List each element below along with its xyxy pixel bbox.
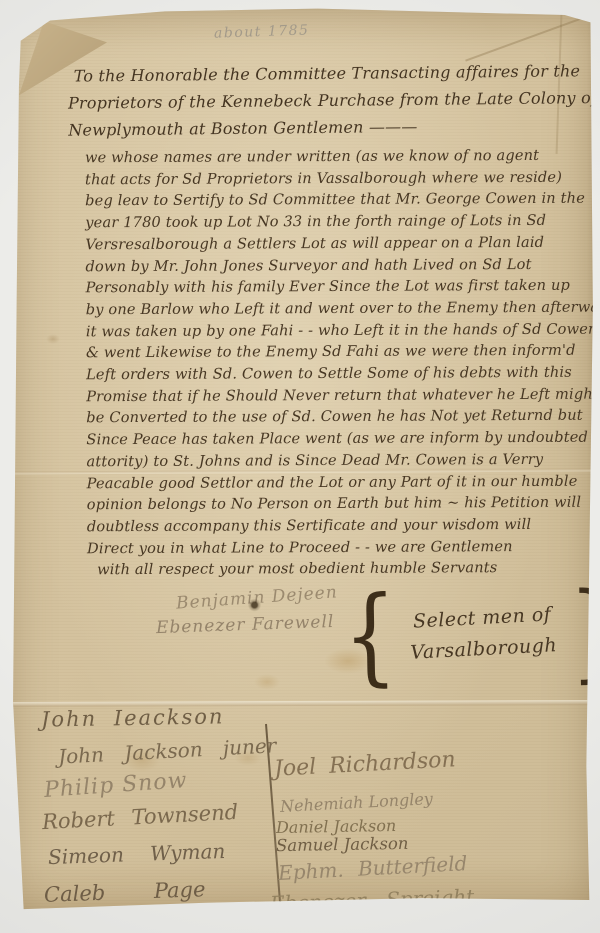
body-line: we whose names are under written (as we … [85,145,571,169]
signature: Simeon Wyman [48,839,226,869]
body-line: & went Likewise to the Enemy Sd Fahi as … [86,340,572,364]
signature: Robert Townsend [42,800,239,834]
body-line: down by Mr. John Jones Surveyor and hath… [85,253,571,277]
scan-background: about 1785 To the Honorable the Committe… [0,0,600,933]
manuscript-sheet: about 1785 To the Honorable the Committe… [6,4,594,922]
signature: Samuel Jackson [276,834,409,855]
right-brace: } [569,572,600,692]
paper-stain [46,334,60,344]
salutation: To the Honorable the Committee Transacti… [68,57,569,143]
paper-stain [254,674,280,690]
body-line: beg leav to Sertify to Sd Committee that… [85,188,571,212]
body-line: be Converted to the use of Sd. Cowen he … [86,405,572,429]
signature: Ephm. Butterfield [278,851,468,885]
body-line: by one Barlow who Left it and went over … [86,297,572,321]
body-line: doubtless accompany this Sertificate and… [87,514,573,538]
scan-glare [590,468,597,478]
signature: Joel Richardson [273,747,456,781]
ink-blot [248,598,261,612]
body-line: Personably with his family Ever Since th… [86,275,572,299]
signature: Nehemiah Longley [280,789,434,816]
body-line: Left orders with Sd. Cowen to Settle Som… [86,362,572,386]
salutation-line: Proprietors of the Kennebeck Purchase fr… [68,84,568,116]
pencil-date-annotation: about 1785 [214,22,310,41]
signature: John Ieackson [41,704,225,731]
body-line: year 1780 took up Lot No 33 in the forth… [85,210,571,234]
crease-line [465,8,600,61]
signature: Caleb Page [44,877,206,907]
scan-glare [591,730,598,740]
body-line: Peacable good Settlor and the Lot or any… [87,470,573,494]
body-line: attority) to St. Johns and is Since Dead… [86,449,572,473]
body-line: Promise that if he Should Never return t… [86,383,572,407]
salutation-line: Newplymouth at Boston Gentlemen ——— [68,111,568,143]
signature: Philip Snow [43,768,188,803]
selectmen-label-group: { Select men of Varsalborough } [338,573,600,694]
selectman-signature: Ebenezer Farewell [156,612,335,638]
body-line: Direct you in what Line to Proceed - - w… [87,535,573,559]
left-brace: { [343,576,398,696]
body-line: Since Peace has taken Place went (as we … [86,427,572,451]
body-line: that acts for Sd Proprietors in Vassalbo… [85,166,571,190]
body-line: it was taken up by one Fahi - - who Left… [86,318,572,342]
body-line: opinion belongs to No Person on Earth bu… [87,492,573,516]
body-line: Versresalborough a Settlers Lot as will … [85,232,571,256]
signature: Ebenezer Spreight [270,884,475,915]
selectmen-label: Select men of Varsalborough [402,599,565,669]
petition-body: we whose names are under written (as we … [85,145,573,582]
